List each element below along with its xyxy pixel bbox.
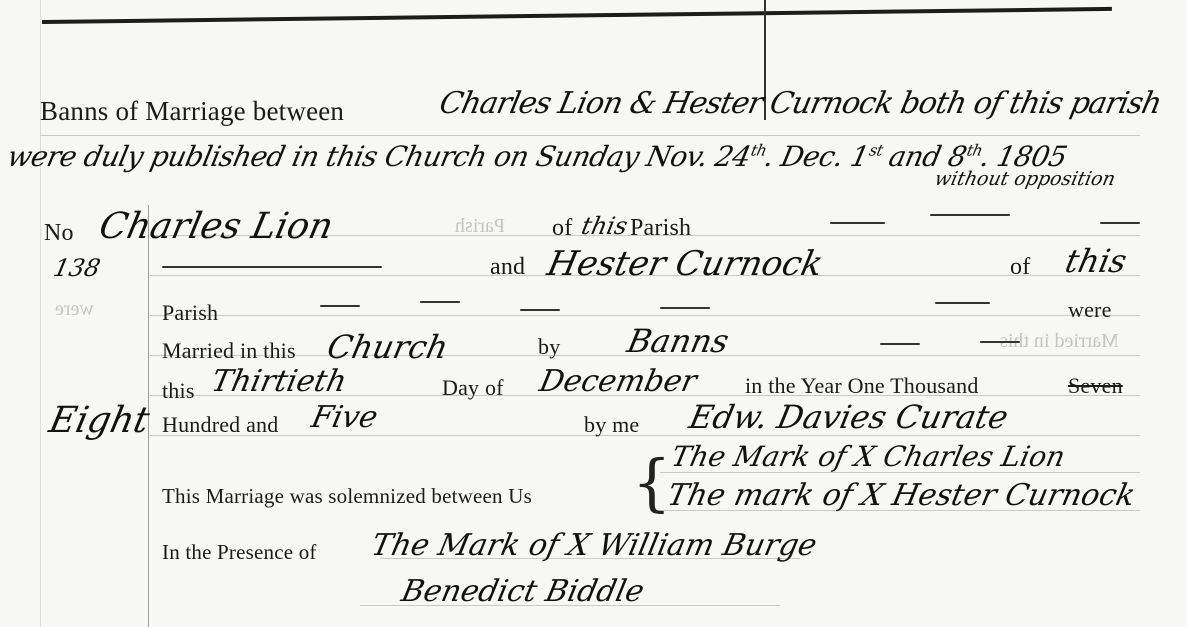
published-phrase: were duly published in this Church on Su… — [4, 140, 642, 173]
marriage-day: Thirtieth — [208, 364, 350, 399]
bleed-through-text: were — [55, 298, 94, 321]
date-first-month: Nov. — [643, 140, 710, 173]
date-second-month: Dec. — [778, 140, 846, 173]
filler-dash — [520, 309, 560, 311]
filler-dash — [830, 222, 885, 224]
banns-intro: Banns of Marriage between — [40, 96, 344, 127]
groom-name: Charles Lion — [96, 206, 337, 247]
entry-number-label: No — [44, 220, 74, 247]
filler-dash — [420, 301, 460, 303]
hundred-label: Hundred and — [162, 412, 278, 438]
bride-parish-hand: this — [1062, 242, 1130, 280]
day-of-label: Day of — [442, 375, 504, 401]
parish-label: Parish — [630, 215, 691, 242]
year-phrase: in the Year One Thousand — [745, 373, 979, 399]
by-label: by — [538, 334, 560, 360]
filler-dash — [162, 266, 382, 268]
date-third-suffix: th — [965, 142, 984, 160]
bride-signature: The mark of X Hester Curnock — [664, 478, 1138, 513]
groom-parish-hand: this — [579, 212, 630, 240]
and-label: and — [490, 254, 525, 281]
filler-dash — [320, 305, 360, 307]
marriage-method: Banns — [624, 322, 732, 360]
married-in-label: Married in this — [162, 338, 296, 364]
top-rule — [42, 7, 1112, 24]
banns-names: Charles Lion & Hester Curnock both of th… — [436, 86, 1164, 121]
bleed-through-text: Parish — [455, 215, 505, 238]
parish-label-2: Parish — [162, 300, 218, 326]
struck-year-word: Seven — [1068, 373, 1123, 399]
bride-of-label: of — [1010, 254, 1030, 281]
entry-number: 138 — [51, 254, 103, 282]
ruled-line — [150, 315, 1140, 316]
presence-label: In the Presence of — [162, 540, 317, 565]
filler-dash — [660, 307, 710, 309]
date-first-day: 24 — [712, 140, 753, 173]
officiant-signature: Edw. Davies Curate — [686, 398, 1012, 436]
by-me-label: by me — [584, 412, 639, 438]
register-page: Parish were Married in this Banns of Mar… — [0, 0, 1187, 627]
marriage-year: Five — [308, 400, 381, 435]
filler-dash — [1100, 222, 1140, 224]
witness-1-signature: The Mark of X William Burge — [368, 528, 820, 563]
were-label: were — [1068, 297, 1112, 323]
banns-note: without opposition — [933, 168, 1118, 190]
banns-publication-line: were duly published in this Church on Su… — [4, 140, 1069, 173]
filler-dash — [935, 302, 990, 304]
date-second-suffix: st — [868, 142, 885, 160]
bride-name: Hester Curnock — [544, 244, 827, 284]
of-label: of — [552, 215, 572, 242]
page-edge-left — [40, 0, 41, 627]
groom-signature: The Mark of X Charles Lion — [668, 440, 1068, 473]
date-first-suffix: th — [749, 142, 768, 160]
filler-dash — [980, 341, 1020, 343]
filler-dash — [930, 214, 1010, 216]
date-and: and — [886, 140, 944, 173]
marriage-month: December — [536, 364, 700, 399]
witness-2-signature: Benedict Biddle — [398, 574, 647, 609]
margin-year-word: Eight — [46, 400, 153, 441]
this-label: this — [162, 378, 195, 404]
filler-dash — [880, 343, 920, 345]
ruled-line — [40, 135, 1140, 136]
married-in-place: Church — [324, 328, 452, 366]
solemnized-label: This Marriage was solemnized between Us — [162, 484, 532, 509]
